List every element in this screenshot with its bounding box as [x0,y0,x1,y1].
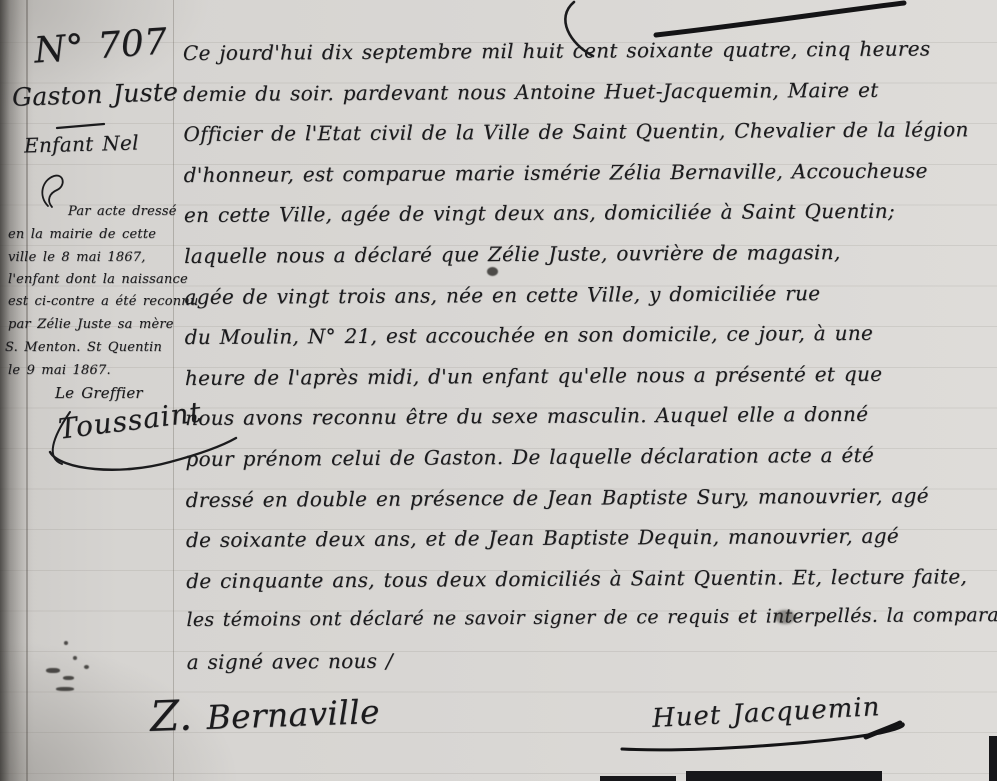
act-body-line: heure de l'après midi, d'un enfant qu'el… [185,361,883,392]
act-body-line: de cinquante ans, tous deux domiciliés à… [186,563,967,595]
act-body-line: demie du soir. pardevant nous Antoine Hu… [183,77,878,108]
act-body-line: en cette Ville, agée de vingt deux ans, … [184,198,895,229]
act-body-line: dressé en double en présence de Jean Bap… [186,482,929,514]
ink-dash [56,687,74,691]
scan-artifact-right-bar [989,736,997,781]
scan-artifact-bottom-bar [686,771,882,781]
act-body-line: d'honneur, est comparue marie ismérie Zé… [184,157,928,189]
act-body-line: laquelle nous a déclaré que Zélie Juste,… [184,239,841,270]
register-page-scan: N° 707 Gaston Juste Enfant Nel Par acte … [0,0,997,781]
signature-declarant-initial: Z. [149,691,193,741]
act-body: Ce jourd'hui dix septembre mil huit cent… [0,0,997,781]
act-body-line: pour prénom celui de Gaston. De laquelle… [185,442,874,473]
ink-dot [84,665,89,669]
act-body-line: de soixante deux ans, et de Jean Baptist… [186,523,899,554]
act-body-line: les témoins ont déclaré ne savoir signer… [186,603,997,634]
act-body-line: Ce jourd'hui dix septembre mil huit cent… [183,35,931,67]
act-body-line: a signé avec nous / [187,648,393,676]
act-body-line: du Moulin, N° 21, est accouchée en son d… [185,320,874,351]
ink-dot [64,641,68,645]
ink-blot [487,267,498,276]
ink-smudge [775,610,795,624]
ink-dash [46,668,60,673]
ink-dot [73,656,77,660]
scan-artifact-bottom-bar [600,776,676,781]
act-body-line: agée de vingt trois ans, née en cette Vi… [184,280,820,311]
signature-declarant: Z.Bernaville [149,684,380,741]
ink-dash [63,676,74,680]
act-body-line: nous avons reconnu être du sexe masculin… [185,401,868,432]
signature-declarant-name: Bernaville [206,692,381,737]
act-body-line: Officier de l'Etat civil de la Ville de … [183,116,968,148]
